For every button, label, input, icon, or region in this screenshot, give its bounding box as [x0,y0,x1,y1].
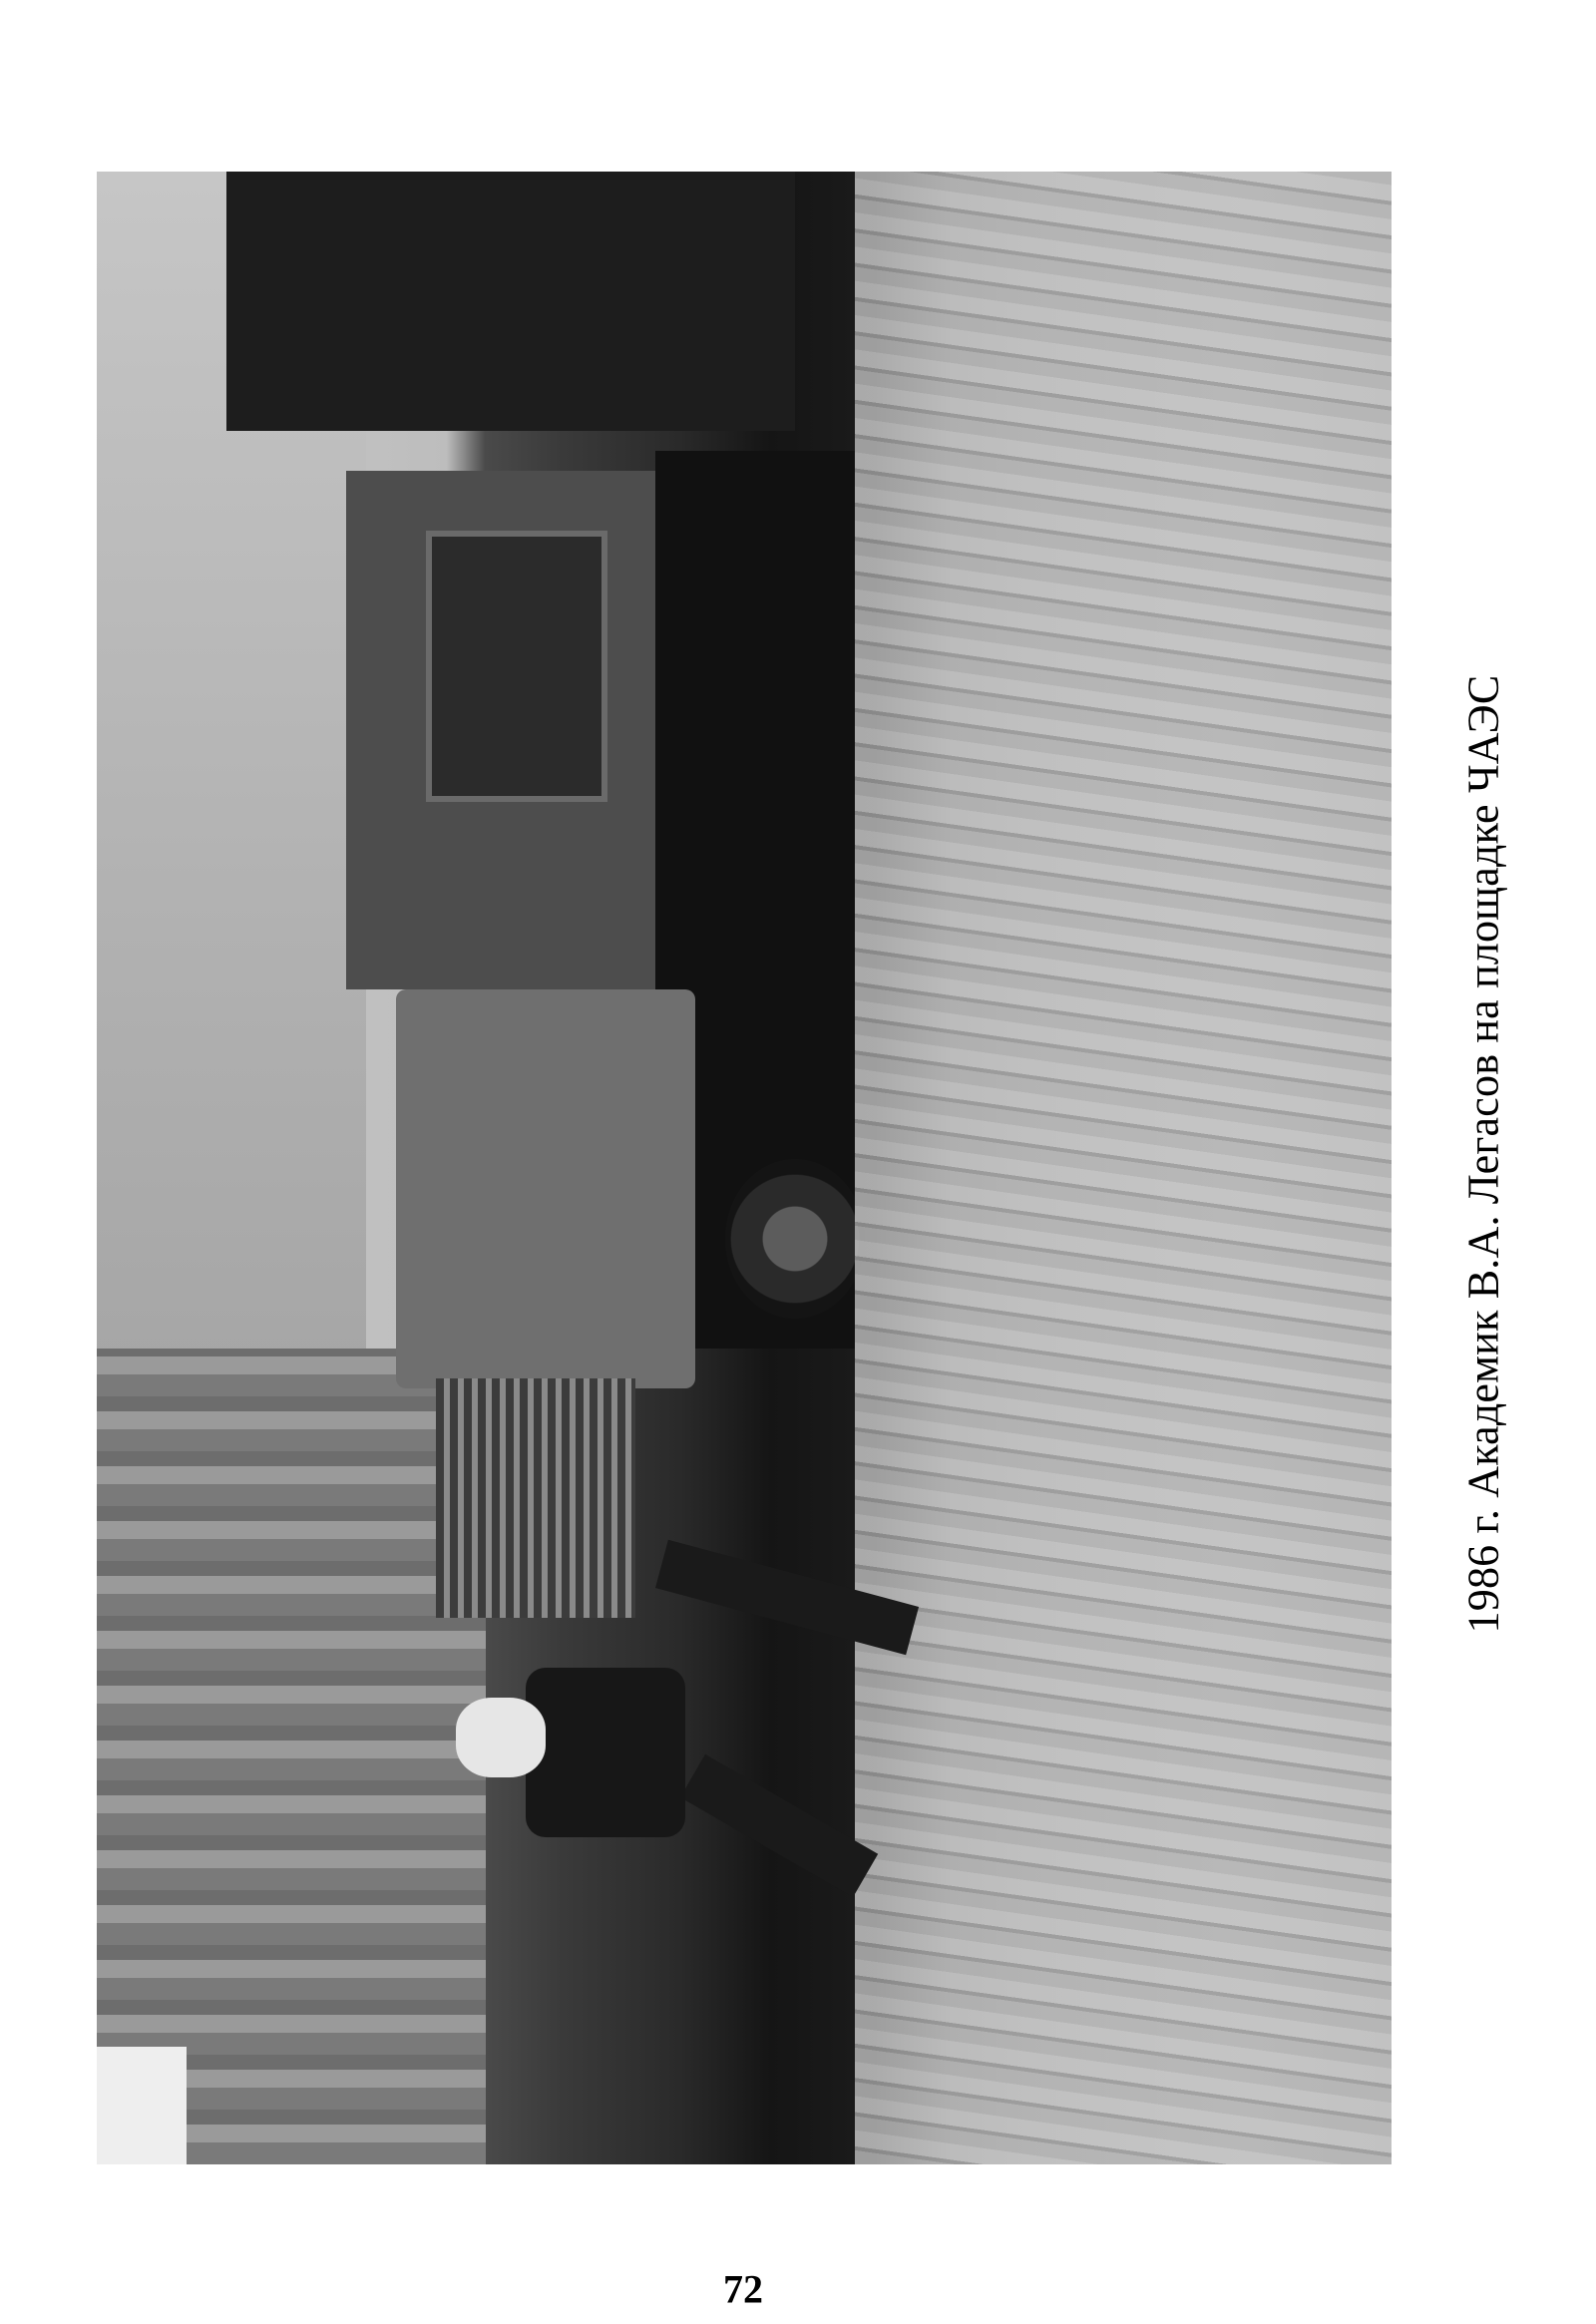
vehicle-panel [426,531,607,802]
building-block [97,1349,486,2164]
person-head [456,1698,546,1777]
photograph [97,172,1392,2164]
truck-cab [396,989,695,1388]
person-leg [680,1754,878,1897]
heavy-machinery [226,172,795,431]
person-body [526,1668,685,1837]
photo-caption: 1986 г. Академик В.А. Легасов на площадк… [1458,675,1509,1634]
ground-with-hoses [855,172,1392,2164]
truck-grille [436,1378,635,1618]
truck-wheel [725,1159,865,1319]
sky-corner [97,2047,187,2164]
page-number: 72 [723,2266,763,2313]
